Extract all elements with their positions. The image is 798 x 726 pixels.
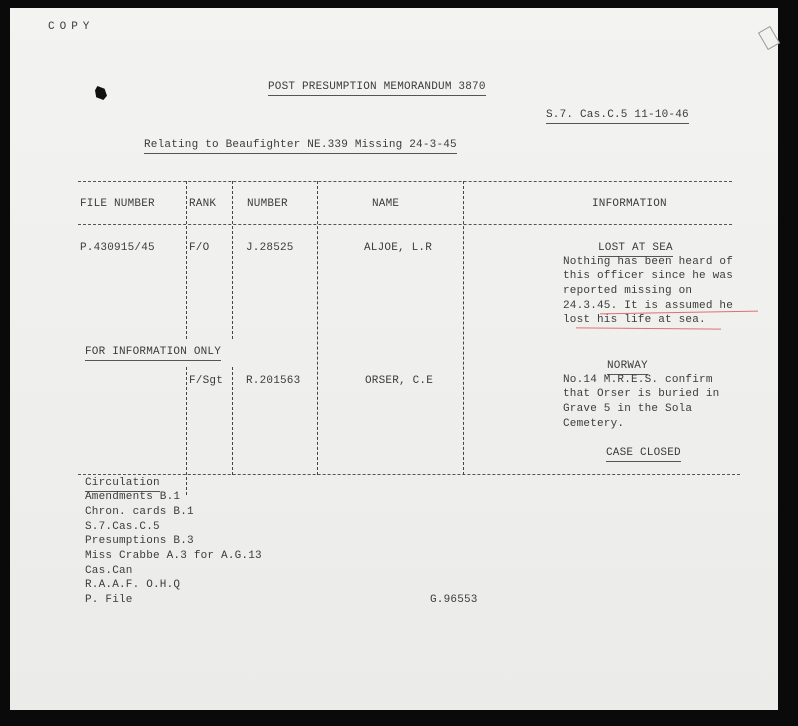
service-number: R.201563: [246, 374, 300, 388]
col-divider: [232, 181, 233, 339]
service-number: J.28525: [246, 241, 294, 255]
rank: F/Sgt: [189, 374, 223, 388]
circulation-item: P. File: [85, 593, 133, 607]
person-name: ORSER, C.E: [365, 374, 433, 388]
memo-reference: S.7. Cas.C.5 11-10-46: [546, 108, 689, 124]
circulation-item: Chron. cards B.1: [85, 505, 194, 519]
table-bottom-rule: [78, 474, 740, 475]
info-line: lost his life at sea.: [563, 313, 706, 327]
circulation-item: Cas.Can: [85, 564, 133, 578]
header-information: INFORMATION: [592, 197, 667, 211]
header-file-number: FILE NUMBER: [80, 197, 155, 211]
case-status: CASE CLOSED: [606, 446, 681, 462]
info-line: this officer since he was: [563, 269, 733, 283]
table-top-rule: [78, 181, 732, 182]
footer-reference: G.96553: [430, 593, 478, 607]
info-line: Cemetery.: [563, 417, 624, 431]
copy-stamp: COPY: [48, 20, 94, 34]
circulation-item: R.A.A.F. O.H.Q: [85, 578, 180, 592]
col-divider: [186, 367, 187, 495]
info-line: Grave 5 in the Sola: [563, 402, 692, 416]
file-number: P.430915/45: [80, 241, 155, 255]
header-name: NAME: [372, 197, 399, 211]
rank: F/O: [189, 241, 209, 255]
circulation-item: Miss Crabbe A.3 for A.G.13: [85, 549, 262, 563]
memo-subject: Relating to Beaufighter NE.339 Missing 2…: [144, 138, 457, 154]
table-header-rule: [78, 224, 732, 225]
col-divider: [186, 181, 187, 339]
info-line: reported missing on: [563, 284, 692, 298]
person-name: ALJOE, L.R: [364, 241, 432, 255]
info-line: No.14 M.R.E.S. confirm: [563, 373, 713, 387]
col-divider: [463, 181, 464, 475]
section-label: FOR INFORMATION ONLY: [85, 345, 221, 361]
header-number: NUMBER: [247, 197, 288, 211]
circulation-item: Presumptions B.3: [85, 534, 194, 548]
circulation-item: Amendments B.1: [85, 490, 180, 504]
circulation-item: S.7.Cas.C.5: [85, 520, 160, 534]
info-line: that Orser is buried in: [563, 387, 719, 401]
info-line: Nothing has been heard of: [563, 255, 733, 269]
memo-title: POST PRESUMPTION MEMORANDUM 3870: [268, 80, 486, 96]
col-divider: [317, 181, 318, 475]
header-rank: RANK: [189, 197, 216, 211]
col-divider: [232, 367, 233, 475]
